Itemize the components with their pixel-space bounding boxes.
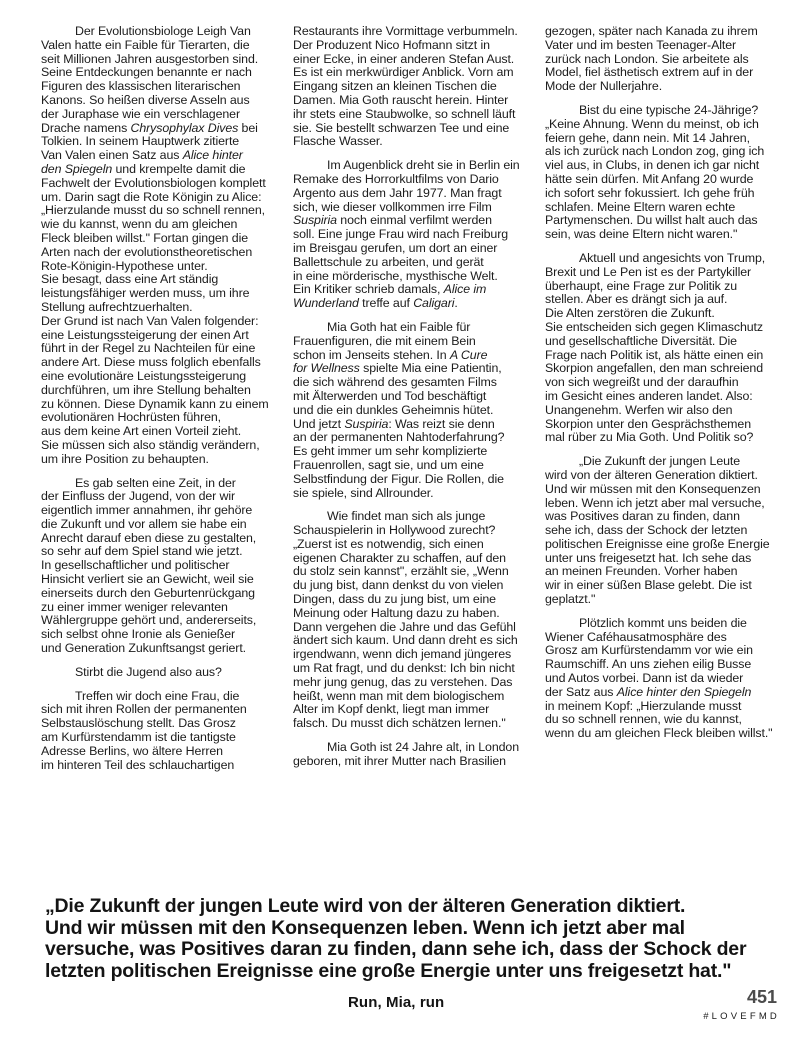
column-3: gezogen, später nach Kanada zu ihrem Vat… xyxy=(545,25,788,782)
article-body: Der Evolutionsbiologe Leigh Van Valen ha… xyxy=(41,25,788,782)
paragraph: Plötzlich kommt uns beiden die Wiener Ca… xyxy=(545,617,788,741)
column-1: Der Evolutionsbiologe Leigh Van Valen ha… xyxy=(41,25,284,782)
paragraph: Aktuell und angesichts von Trump, Brexit… xyxy=(545,252,788,445)
paragraph: Der Evolutionsbiologe Leigh Van Valen ha… xyxy=(41,25,284,467)
paragraph: Wie findet man sich als junge Schauspiel… xyxy=(293,510,536,731)
paragraph: gezogen, später nach Kanada zu ihrem Vat… xyxy=(545,25,788,94)
paragraph: „Die Zukunft der jungen Leute wird von d… xyxy=(545,455,788,607)
paragraph: Es gab selten eine Zeit, in der der Einf… xyxy=(41,477,284,656)
paragraph: Im Augenblick dreht sie in Berlin ein Re… xyxy=(293,159,536,311)
page-number: 451 xyxy=(747,987,777,1008)
column-2: Restaurants ihre Vormittage verbummeln. … xyxy=(293,25,536,782)
paragraph: Mia Goth ist 24 Jahre alt, in London geb… xyxy=(293,741,536,769)
paragraph: Mia Goth hat ein Faible für Frauenfigure… xyxy=(293,321,536,500)
paragraph: Bist du eine typische 24-Jährige? „Keine… xyxy=(545,104,788,242)
paragraph: Restaurants ihre Vormittage verbummeln. … xyxy=(293,25,536,149)
pull-quote: „Die Zukunft der jungen Leute wird von d… xyxy=(45,896,746,983)
paragraph-question: Stirbt die Jugend also aus? xyxy=(41,666,284,680)
watermark-lovefmd: #LOVEFMD xyxy=(703,1011,780,1022)
magazine-page: Der Evolutionsbiologe Leigh Van Valen ha… xyxy=(0,0,800,1043)
paragraph: Treffen wir doch eine Frau, die sich mit… xyxy=(41,690,284,773)
article-caption: Run, Mia, run xyxy=(348,994,444,1011)
